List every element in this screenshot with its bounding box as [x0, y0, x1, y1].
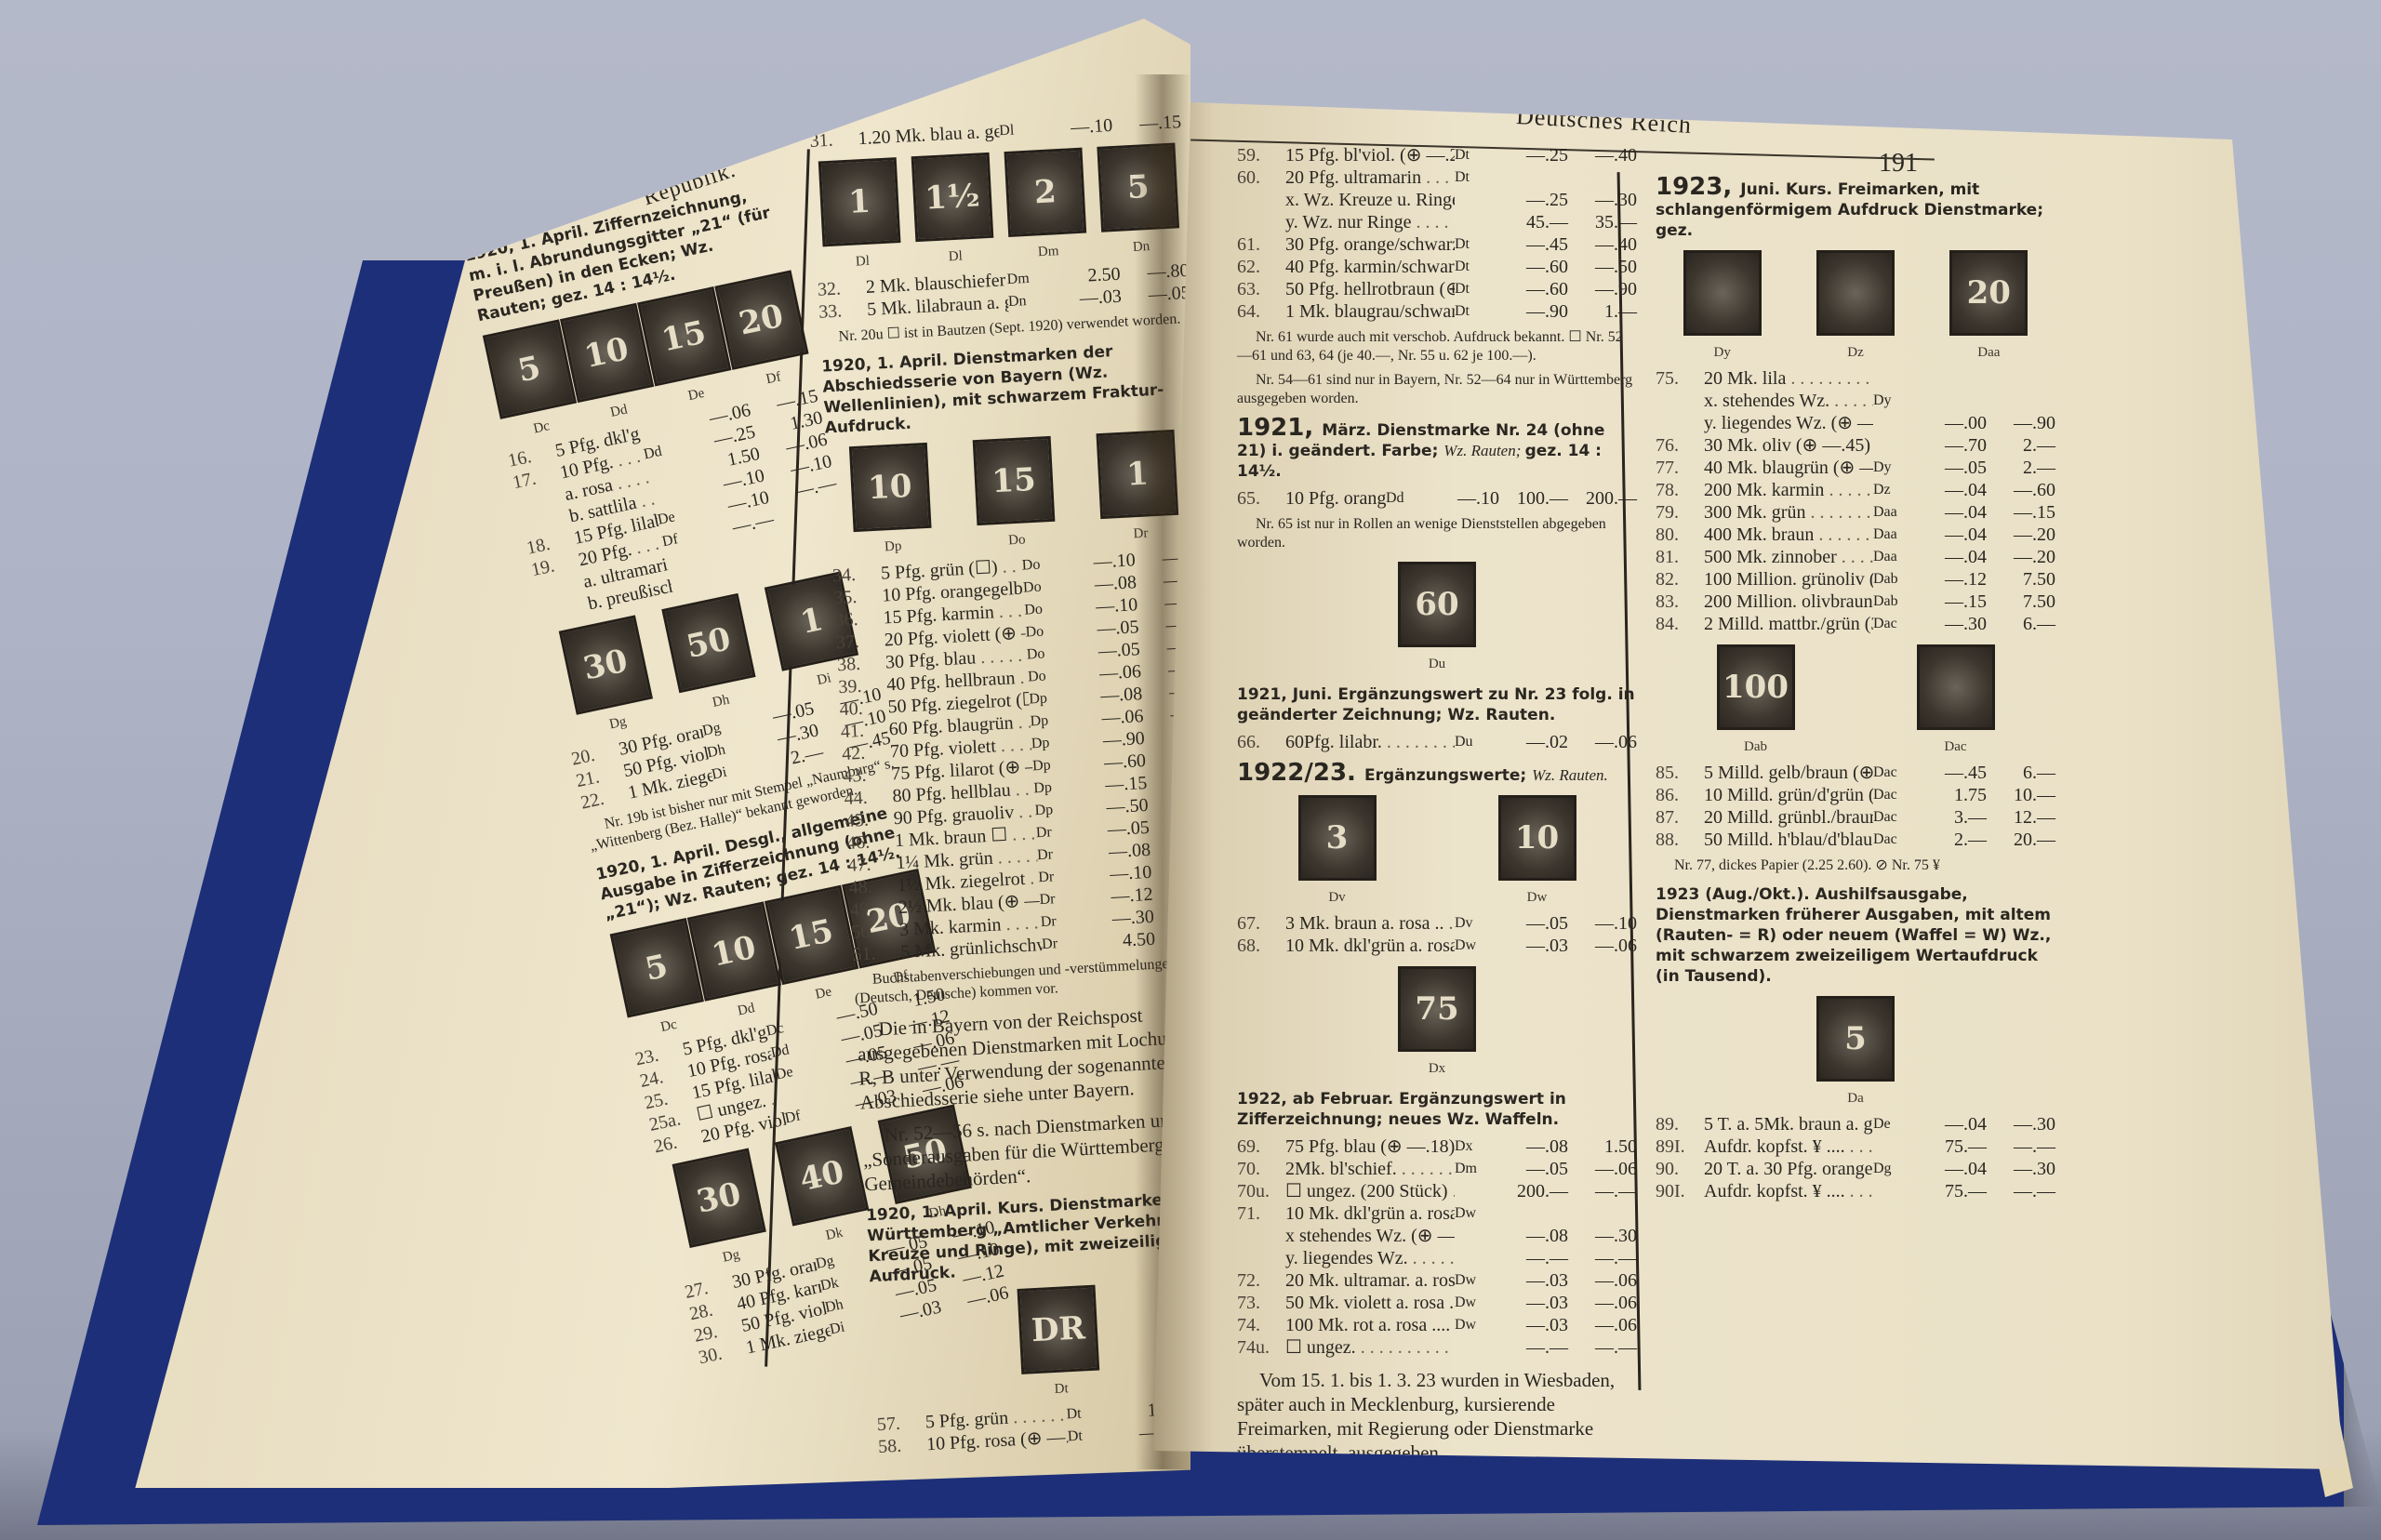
stamp-type [1873, 367, 1918, 390]
price-mint: —.04 [1918, 524, 1987, 546]
stamp-image: 75 [1398, 966, 1476, 1052]
stamp-illustration: 1½Dl [911, 153, 995, 270]
entry-description: 400 Mk. braun [1704, 524, 1873, 546]
entry-number: 32. [817, 276, 866, 301]
stamp-image: 15 [973, 436, 1056, 525]
entry-number: 38. [837, 652, 886, 677]
price-mint: 1.75 [1918, 784, 1987, 806]
entry-description: 30 Mk. oliv (⊕ —.45) [1704, 434, 1873, 457]
stamp-type: Do [1022, 575, 1068, 599]
entry-number: 70u. [1237, 1180, 1285, 1202]
stamp-illustration: 100Dab [1717, 644, 1795, 758]
stamp-type: Dr [1035, 820, 1081, 844]
right-column-1: 59.15 Pfg. bl'viol. (⊕ —.20)Dt—.25—.4060… [1237, 144, 1637, 1488]
catalog-entry: 73.50 Mk. violett a. rosa .Dw—.03—.06 [1237, 1292, 1637, 1314]
stamp-image: 20 [714, 270, 808, 369]
stamp-type: De [1873, 1113, 1918, 1135]
catalog-note: Vom 15. 1. bis 1. 3. 23 wurden in Wiesba… [1237, 1368, 1637, 1465]
stamp-type: Dy [1873, 390, 1918, 412]
price-mint: —.30 [1918, 613, 1987, 635]
entry-number: 80. [1656, 524, 1704, 546]
stamp-image: 10 [849, 443, 932, 532]
stamp-type: Dm [1006, 267, 1052, 291]
price-used: —.15 [1987, 501, 2055, 524]
catalog-entry: 79.300 Mk. grünDaa—.04—.15 [1656, 501, 2055, 524]
stamp-type: Dr [1039, 887, 1084, 911]
price-mint: —.04 [1918, 501, 1987, 524]
stamp-type: Dt [1455, 233, 1499, 256]
stamp-type: Daa [1873, 546, 1918, 568]
stamp-type: Dv [1455, 912, 1499, 935]
price-used: —.— [1987, 1180, 2055, 1202]
entry-description: 10 Mk. dkl'grün a. rosa [1285, 935, 1455, 957]
price-mint: —.08 [1499, 1225, 1568, 1247]
entry-description: Aufdr. kopfst. ¥ .... [1704, 1135, 1873, 1158]
stamp-type-label: Dy [1713, 341, 1730, 364]
catalog-entry: x. stehendes Wz.Dy [1656, 390, 2055, 412]
stamp-type-label: Dx [1429, 1057, 1445, 1080]
stamp-type: Dr [1038, 865, 1084, 889]
stamp-type-label: Dt [1054, 1377, 1069, 1401]
catalog-entry: 60.20 Pfg. ultramarinDt [1237, 166, 1637, 189]
entry-number: 67. [1237, 912, 1285, 935]
issue-heading: 1923, Juni. Kurs. Freimarken, mit schlan… [1656, 177, 2055, 241]
price-used: 100.— [1499, 487, 1568, 510]
entry-description: 20 Milld. grünbl./braun (⊕ 1.20) (329) [1704, 806, 1873, 829]
price-used: —.20 [1987, 546, 2055, 568]
stamp-type: Do [1027, 664, 1072, 688]
catalog-entry: 71.10 Mk. dkl'grün a. rosaDw [1237, 1202, 1637, 1225]
entry-description: 20 T. a. 30 Pfg. orange a. sämisch (⊕ —.… [1704, 1158, 1873, 1180]
stamp-type-label: Dk [824, 1222, 845, 1247]
catalog-entry: 62.40 Pfg. karmin/schwarz (⊕ —.30)Dt—.60… [1237, 256, 1637, 278]
price-used [1987, 390, 2055, 412]
stamp-illustrations: 75Dx [1237, 966, 1637, 1080]
entry-number: 82. [1656, 568, 1704, 591]
stamp-type-label: Daa [1977, 341, 2000, 364]
price-used: —.06 [1568, 1158, 1637, 1180]
price-used: 1.50 [1568, 1135, 1637, 1158]
price-used: 10.— [1987, 784, 2055, 806]
entry-description: 10 Pfg. orange (⊕ —.30) .. [1285, 487, 1386, 510]
issue-heading: 1922/23. Ergänzungswerte; Wz. Rauten. [1237, 763, 1637, 786]
stamp-type: Dt [1455, 166, 1499, 189]
entry-description: 50 Milld. h'blau/d'blau (⊕ 1.50) (330) [1704, 829, 1873, 851]
stamp-type-label: Dh [711, 689, 732, 714]
entry-description: ☐ ungez. [1285, 1336, 1455, 1359]
entry-number: 33. [818, 299, 868, 324]
right-column-2: 1923, Juni. Kurs. Freimarken, mit schlan… [1656, 167, 2055, 1202]
price-mint: —.60 [1499, 256, 1568, 278]
entry-number: 90. [1656, 1158, 1704, 1180]
stamp-type: Dp [1034, 798, 1080, 822]
stamp-type: Dw [1455, 1269, 1499, 1292]
price-used: —.10 [1568, 912, 1637, 935]
stamp-type: Dr [1037, 843, 1083, 867]
entry-description: 15 Pfg. bl'viol. (⊕ —.20) [1285, 144, 1455, 166]
stamp-illustration: 10Dp [849, 443, 933, 560]
entry-description: y. liegendes Wz. (⊕ —.10) [1704, 412, 1873, 434]
price-used: —.20 [1987, 524, 2055, 546]
stamp-type-label: Dc [658, 1014, 679, 1039]
stamp-type: Dr [1040, 909, 1085, 934]
entry-number [1237, 211, 1285, 233]
stamp-type-label: Dd [736, 997, 757, 1022]
stamp-type: Dp [1029, 686, 1074, 710]
stamp-illustrations: 100DabDac [1656, 644, 2055, 758]
entry-number: 36. [834, 607, 884, 632]
entry-number: 50. [851, 919, 900, 944]
entry-number: 57. [876, 1411, 925, 1436]
catalog-entry: 74.100 Mk. rot a. rosa ....Dw—.03—.06 [1237, 1314, 1637, 1336]
stamp-type: Dp [1033, 776, 1079, 800]
price-used: 35.— [1568, 211, 1637, 233]
stamp-type-label: Dg [721, 1243, 742, 1268]
price-mint [1918, 367, 1987, 390]
entry-number: 71. [1237, 1202, 1285, 1225]
price-used: —.— [1568, 1336, 1637, 1359]
stamp-type-label: Dac [1944, 736, 1966, 758]
issue-year: 1922/23. [1237, 759, 1364, 787]
price-mint: 3.— [1918, 806, 1987, 829]
entry-description: 1.20 Mk. blau a. gelb [858, 120, 1000, 150]
entry-number: 73. [1237, 1292, 1285, 1314]
entry-number: 63. [1237, 278, 1285, 300]
entry-number: 48. [848, 874, 898, 899]
price-used: 7.50 [1987, 568, 2055, 591]
stamp-type: Dp [1032, 753, 1078, 777]
price-used: —.30 [1568, 189, 1637, 211]
issue-year: 1921, [1237, 414, 1322, 442]
entry-description: 20 Pfg. ultramarin [1285, 166, 1455, 189]
stamp-image: 20 [1949, 250, 2028, 336]
price-mint: —.00 [1918, 412, 1987, 434]
price-mint: —.70 [1918, 434, 1987, 457]
catalog-entry: 75.20 Mk. lila [1656, 367, 2055, 390]
stamp-type-label: Df [764, 365, 782, 391]
entry-number [1237, 189, 1285, 211]
catalog-entry: 89.5 T. a. 5Mk. braun a. gelb (⊕ —.10) .… [1656, 1113, 2055, 1135]
entry-description: 2 Milld. mattbr./grün (326) (⊕ —.45) [1704, 613, 1873, 635]
entry-number: 79. [1656, 501, 1704, 524]
price-mint: —.45 [1918, 762, 1987, 784]
stamp-illustration: DRDt [1018, 1285, 1101, 1402]
entry-description: 1 Mk. blaugrau/schwarz (⊕ —.60) [1285, 300, 1455, 323]
price-used: —.— [1987, 1135, 2055, 1158]
entry-description: 300 Mk. grün [1704, 501, 1873, 524]
price-mint: —.— [1499, 1336, 1568, 1359]
price-used: —.40 [1568, 233, 1637, 256]
price-used [1987, 367, 2055, 390]
catalog-entry: 59.15 Pfg. bl'viol. (⊕ —.20)Dt—.25—.40 [1237, 144, 1637, 166]
price-used: —.06 [1568, 1314, 1637, 1336]
entry-description: x. stehendes Wz. [1704, 390, 1873, 412]
catalog-entry: 70u.☐ ungez. (200 Stück)200.——.— [1237, 1180, 1637, 1202]
stamp-image: 3 [1298, 795, 1377, 881]
catalog-entry: 67.3 Mk. braun a. rosa ..Dv—.05—.10 [1237, 912, 1637, 935]
photo-scene: 190 Deutsches Reich Republik. ☞ ⊙-Preise… [0, 0, 2381, 1540]
stamp-illustration: 30Dg [672, 1148, 772, 1276]
stamp-type-label: De [686, 382, 707, 407]
issue-heading: 1921, März. Dienstmarke Nr. 24 (ohne 21)… [1237, 418, 1637, 482]
entry-description: y. Wz. nur Ringe [1285, 211, 1455, 233]
entry-description: 30 Pfg. orange/schwarz [1285, 233, 1455, 256]
entry-number: 87. [1656, 806, 1704, 829]
price-mint [1499, 166, 1568, 189]
entry-number: 86. [1656, 784, 1704, 806]
stamp-type: Dab [1873, 568, 1918, 591]
entry-number: 45. [845, 807, 894, 832]
catalog-entry: 68.10 Mk. dkl'grün a. rosaDw—.03—.06 [1237, 935, 1637, 957]
watermark-note: Wz. Rauten; [1443, 442, 1524, 459]
entry-number: 70. [1237, 1158, 1285, 1180]
stamp-type: Dw [1455, 1314, 1499, 1336]
entry-number: 34. [831, 563, 881, 588]
price-mint [1499, 1202, 1568, 1225]
entry-number [1237, 1225, 1285, 1247]
stamp-type-label: Dl [948, 246, 963, 269]
stamp-image: 2 [1004, 148, 1086, 237]
stamp-type: Do [1021, 552, 1067, 577]
entry-description: 10 Mk. dkl'grün a. rosa [1285, 1202, 1455, 1225]
catalog-entry: 82.100 Million. grünoliv (322) (⊕ —.30)D… [1656, 568, 2055, 591]
stamp-type [1873, 1180, 1918, 1202]
stamp-image [1917, 644, 1995, 730]
issue-year: 1923, [1656, 173, 1740, 201]
stamp-illustration: 2Dm [1004, 148, 1087, 265]
stamp-type: Dy [1873, 457, 1918, 479]
stamp-illustration: Dz [1816, 250, 1895, 364]
entry-number [1656, 390, 1704, 412]
stamp-illustration: 75Dx [1398, 966, 1476, 1080]
entry-number: 68. [1237, 935, 1285, 957]
stamp-type: Dac [1873, 806, 1918, 829]
entry-number: 43. [843, 763, 892, 788]
stamp-illustration: 60Du [1398, 562, 1476, 675]
stamp-type: Do [1024, 597, 1070, 621]
stamp-image: 30 [672, 1148, 765, 1248]
price-used: —.— [1568, 1247, 1637, 1269]
stamp-type: Dw [1455, 1292, 1499, 1314]
stamp-type-label: Dw [1527, 886, 1548, 909]
catalog-entry: y. Wz. nur Ringe45.—35.— [1237, 211, 1637, 233]
price-used: 7.50 [1987, 591, 2055, 613]
catalog-entry: 64.1 Mk. blaugrau/schwarz (⊕ —.60)Dt—.90… [1237, 300, 1637, 323]
entry-description: 5 T. a. 5Mk. braun a. gelb (⊕ —.10) .. (… [1704, 1113, 1873, 1135]
stamp-type [1455, 1247, 1499, 1269]
stamp-illustration: 5Da [1816, 996, 1895, 1109]
stamp-type: Dac [1873, 613, 1918, 635]
catalog-note: Nr. 61 wurde auch mit verschob. Aufdruck… [1237, 328, 1637, 365]
entry-number: 90I. [1656, 1180, 1704, 1202]
stamp-type-label: Dm [1037, 240, 1059, 263]
entry-number: 44. [844, 785, 893, 810]
entry-number: 84. [1656, 613, 1704, 635]
entry-number: 41. [840, 718, 889, 743]
entry-description: 5 Milld. gelb/braun (⊕ —.45) (327) [1704, 762, 1873, 784]
entry-description: 100 Million. grünoliv (322) (⊕ —.30) [1704, 568, 1873, 591]
catalog-entry: 90.20 T. a. 30 Pfg. orange a. sämisch (⊕… [1656, 1158, 2055, 1180]
entry-number: 89I. [1656, 1135, 1704, 1158]
stamp-type [1455, 1336, 1499, 1359]
stamp-illustration: 40Dk [775, 1126, 875, 1254]
catalog-note: Nr. 65 ist nur in Rollen an wenige Diens… [1237, 515, 1637, 552]
entry-description: x stehendes Wz. (⊕ —.06) [1285, 1225, 1455, 1247]
stamp-type-label: Dz [1847, 341, 1864, 364]
entry-number: 77. [1656, 457, 1704, 479]
stamp-illustration: 1Dl [818, 157, 902, 274]
entry-number: 74. [1237, 1314, 1285, 1336]
price-used [1568, 166, 1637, 189]
price-mint: 75.— [1918, 1135, 1987, 1158]
entry-number: 75. [1656, 367, 1704, 390]
left-page: 190 Deutsches Reich Republik. ☞ ⊙-Preise… [65, 19, 1190, 1488]
price-mint: —.03 [1499, 1314, 1568, 1336]
stamp-image: DR [1018, 1285, 1100, 1374]
stamp-image: 100 [1717, 644, 1795, 730]
catalog-entry: y. liegendes Wz. (⊕ —.10)—.00—.90 [1656, 412, 2055, 434]
stamp-illustration: 10Dw [1498, 795, 1576, 909]
stamp-type: Dr [1042, 932, 1087, 956]
entry-description: 50 Pfg. hellrotbraun (⊕ —.45) [1285, 278, 1455, 300]
price-used: —.60 [1987, 479, 2055, 501]
price-mint: 200.— [1499, 1180, 1568, 1202]
price-used: 6.— [1987, 762, 2055, 784]
stamp-type [1873, 434, 1918, 457]
price-used: —.— [1568, 1180, 1637, 1202]
stamp-type: Dt [1455, 256, 1499, 278]
price-used: 2.— [1987, 457, 2055, 479]
stamp-type-label: Dc [531, 415, 552, 440]
stamp-image [1683, 250, 1762, 336]
price-mint: —.04 [1918, 479, 1987, 501]
stamp-type: Dt [1066, 1401, 1111, 1426]
entry-number: 46. [846, 830, 896, 855]
price-used: —.06 [1568, 1292, 1637, 1314]
stamp-type: Dd [1386, 487, 1430, 510]
price-mint: —.60 [1499, 278, 1568, 300]
stamp-type: Dt [1455, 144, 1499, 166]
stamp-image: 60 [1398, 562, 1476, 647]
entry-number: 65. [1237, 487, 1285, 510]
stamp-type: Dl [999, 118, 1044, 142]
entry-number: 81. [1656, 546, 1704, 568]
stamp-illustrations: 3Dv10Dw [1237, 795, 1637, 909]
stamp-image: 40 [775, 1126, 869, 1226]
stamp-type-label: Dl [855, 250, 870, 273]
stamp-illustration: 3Dv [1298, 795, 1377, 909]
entry-description: 20 Mk. lila [1704, 367, 1873, 390]
catalog-entry: 89I.Aufdr. kopfst. ¥ ....75.——.— [1656, 1135, 2055, 1158]
stamp-type: Dw [1455, 1202, 1499, 1225]
catalog-entry: 70.2Mk. bl'schief.Dm—.05—.06 [1237, 1158, 1637, 1180]
entry-number: 66. [1237, 731, 1285, 753]
catalog-entry: 90I.Aufdr. kopfst. ¥ ....75.——.— [1656, 1180, 2055, 1202]
catalog-note: Nr. 54—61 sind nur in Bayern, Nr. 52—64 … [1237, 371, 1637, 408]
entry-description: ☐ ungez. (200 Stück) [1285, 1180, 1455, 1202]
entry-number: 59. [1237, 144, 1285, 166]
catalog-entry: 80.400 Mk. braunDaa—.04—.20 [1656, 524, 2055, 546]
price-used: 2.— [1987, 434, 2055, 457]
stamp-image: 5 [1816, 996, 1895, 1082]
entry-number [1656, 412, 1704, 434]
stamp-type: Dw [1455, 935, 1499, 957]
catalog-entry: 65.10 Pfg. orange (⊕ —.30) ..Dd—.10100.—… [1237, 487, 1637, 510]
stamp-illustration: 20Daa [1949, 250, 2028, 364]
entry-number: 47. [847, 852, 897, 877]
stamp-type: Dx [1455, 1135, 1499, 1158]
entry-number: 88. [1656, 829, 1704, 851]
entry-number: 35. [833, 585, 883, 610]
catalog-entry: 63.50 Pfg. hellrotbraun (⊕ —.45)Dt—.60—.… [1237, 278, 1637, 300]
stamp-type: Daa [1873, 524, 1918, 546]
stamp-type: Dt [1455, 278, 1499, 300]
entry-description: 75 Pfg. blau (⊕ —.18) .. [1285, 1135, 1455, 1158]
stamp-type-label: Do [1008, 528, 1027, 551]
price-mint: —.03 [1499, 935, 1568, 957]
price-used: 20.— [1987, 829, 2055, 851]
price-mint: —.05 [1918, 457, 1987, 479]
catalog-entry: 81.500 Mk. zinnoberDaa—.04—.20 [1656, 546, 2055, 568]
running-head: Deutsches Reich [1515, 102, 1692, 139]
price-mint: —.45 [1499, 233, 1568, 256]
entry-number: 40. [839, 696, 888, 721]
entry-number: 64. [1237, 300, 1285, 323]
price-mint: —.25 [1499, 144, 1568, 166]
entry-number: 37. [835, 630, 885, 655]
stamp-type-label: Du [1429, 653, 1445, 675]
stamp-image: 50 [661, 593, 755, 693]
issue-heading: 1922, ab Februar. Ergänzungswert in Ziff… [1237, 1089, 1637, 1130]
price-mint: —.04 [1918, 1158, 1987, 1180]
stamp-type [1455, 1225, 1499, 1247]
stamp-type: Dg [1873, 1158, 1918, 1180]
issue-heading: 1923 (Aug./Okt.). Aushilfsausgabe, Diens… [1656, 884, 2055, 987]
entry-description: 40 Mk. blaugrün (⊕ —.10) [1704, 457, 1873, 479]
stamp-illustrations: 1Dl1½Dl2Dm5Dn [811, 142, 1189, 275]
entry-number: 58. [878, 1433, 927, 1458]
stamp-type: Dp [1031, 731, 1076, 755]
price-used: —.06 [1568, 731, 1637, 753]
entry-description: x. Wz. Kreuze u. Ringe [1285, 189, 1455, 211]
right-page: Deutsches Reich 191 59.15 Pfg. bl'viol. … [1153, 56, 2362, 1488]
watermark-note: Wz. Rauten. [1532, 766, 1608, 784]
price-mint: —.03 [1499, 1269, 1568, 1292]
catalog-entry: x stehendes Wz. (⊕ —.06)—.08—.30 [1237, 1225, 1637, 1247]
catalog-entry: 74u.☐ ungez.—.——.— [1237, 1336, 1637, 1359]
stamp-type: Du [1455, 731, 1499, 753]
entry-number: 89. [1656, 1113, 1704, 1135]
stamp-illustration: 30Dg [558, 615, 658, 742]
entry-number: 78. [1656, 479, 1704, 501]
catalog-entry: 78.200 Mk. karminDz—.04—.60 [1656, 479, 2055, 501]
price-used: —.90 [1568, 278, 1637, 300]
entry-number: 60. [1237, 166, 1285, 189]
price-mint: —.02 [1499, 731, 1568, 753]
running-head: Deutsches Reich [716, 60, 893, 136]
stamp-type [1455, 189, 1499, 211]
stamp-illustration: Dac [1917, 644, 1995, 758]
stamp-illustrations: 60Du [1237, 562, 1637, 675]
price-used: —.30 [1568, 1225, 1637, 1247]
stamp-type-label: Di [815, 667, 833, 692]
stamp-illustrations: 5Da [1656, 996, 2055, 1109]
price-mint: —.12 [1918, 568, 1987, 591]
entry-number: 31. [809, 127, 858, 153]
entry-description: 200 Mk. karmin [1704, 479, 1873, 501]
price-used: 6.— [1987, 613, 2055, 635]
stamp-type: Dz [1873, 479, 1918, 501]
